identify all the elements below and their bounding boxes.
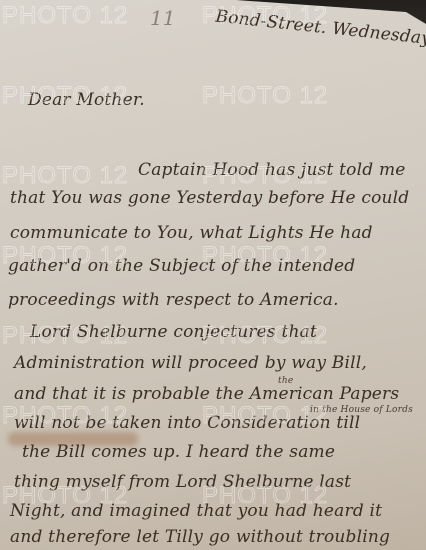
letter-line: and therefore let Tilly go without troub… [10,527,390,547]
letter-line: that You was gone Yesterday before He co… [10,188,409,208]
folio-number: 11 [150,6,175,30]
watermark: PHOTO 12 [2,482,128,510]
letter-line: and that it is probable the American Pap… [14,384,399,404]
watermark: PHOTO 12 [2,242,128,270]
watermark: PHOTO 12 [202,162,328,190]
letter-line: proceedings with respect to America. [8,290,339,310]
watermark: PHOTO 12 [202,322,328,350]
watermark: PHOTO 12 [2,2,128,30]
watermark: PHOTO 12 [202,402,328,430]
watermark: PHOTO 12 [2,82,128,110]
watermark: PHOTO 12 [2,162,128,190]
letter-line: the Bill comes up. I heard the same [22,442,335,462]
watermark: PHOTO 12 [202,242,328,270]
watermark: PHOTO 12 [2,402,128,430]
watermark: PHOTO 12 [202,482,328,510]
letter-page: 11 Bond-Street. Wednesday. Dear Mother. … [0,0,426,550]
letter-line: Administration will proceed by way Bill, [14,353,367,373]
letter-line: communicate to You, what Lights He had [10,223,373,243]
watermark: PHOTO 12 [2,322,128,350]
watermark: PHOTO 12 [202,2,328,30]
watermark: PHOTO 12 [202,82,328,110]
